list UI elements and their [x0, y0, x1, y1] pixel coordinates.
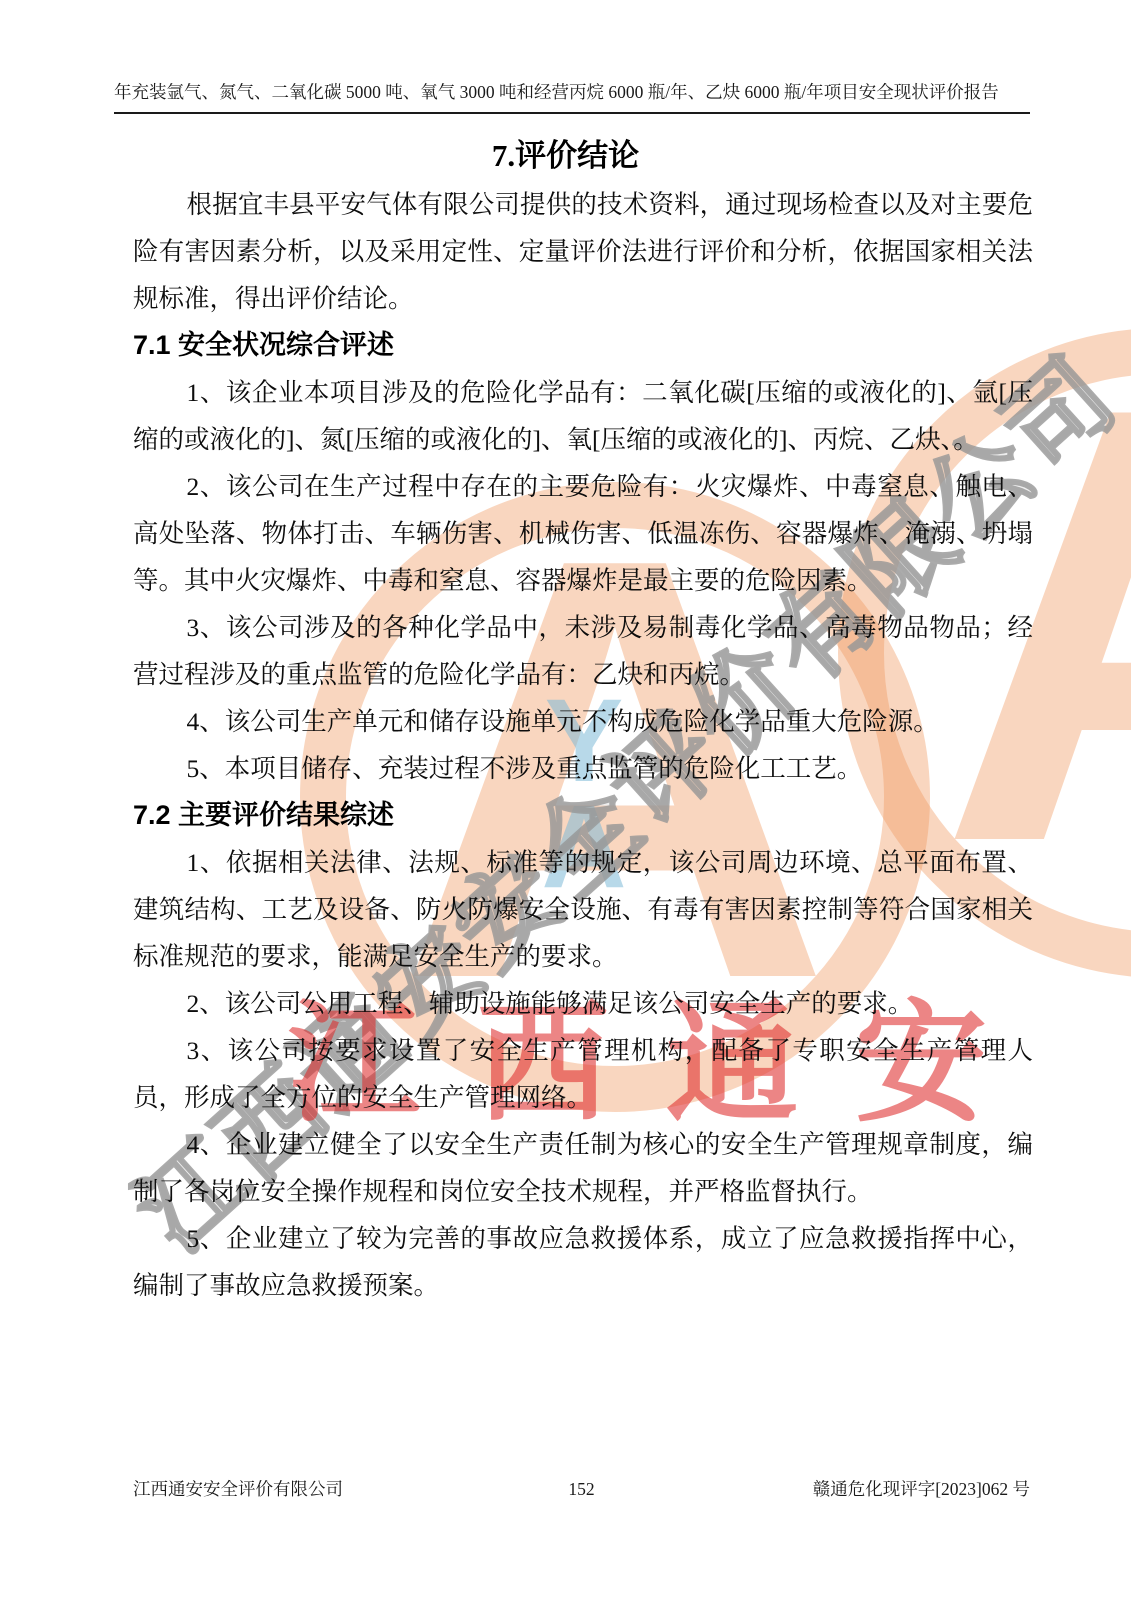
- section-7-1-item: 3、该公司涉及的各种化学品中，未涉及易制毒化学品、高毒物品物品；经营过程涉及的重…: [133, 604, 1033, 698]
- page-header: 年充装氩气、氮气、二氧化碳 5000 吨、氧气 3000 吨和经营丙烷 6000…: [114, 80, 1030, 114]
- footer-doc-number: 赣通危化现评字[2023]062 号: [731, 1476, 1030, 1501]
- section-7-1-item: 4、该公司生产单元和储存设施单元不构成危险化学品重大危险源。: [133, 698, 1033, 745]
- section-7-1-item: 2、该公司在生产过程中存在的主要危险有：火灾爆炸、中毒窒息、触电、高处坠落、物体…: [133, 463, 1033, 604]
- section-7-2-item: 1、依据相关法律、法规、标准等的规定，该公司周边环境、总平面布置、建筑结构、工艺…: [133, 839, 1033, 980]
- section-7-1-item: 5、本项目储存、充装过程不涉及重点监管的危险化工工艺。: [133, 745, 1033, 792]
- page-footer: 江西通安安全评价有限公司 152 赣通危化现评字[2023]062 号: [133, 1476, 1030, 1501]
- section-7-2-item: 2、该公司公用工程、辅助设施能够满足该公司安全生产的要求。: [133, 980, 1033, 1027]
- document-content: 年充装氩气、氮气、二氧化碳 5000 吨、氧气 3000 吨和经营丙烷 6000…: [0, 0, 1131, 1600]
- report-page: A A YA 江西通安安全评价有限公司 江西通安 年充装氩气、氮气、二氧化碳 5…: [0, 0, 1131, 1600]
- section-7-2-item: 4、企业建立健全了以安全生产责任制为核心的安全生产管理规章制度，编制了各岗位安全…: [133, 1121, 1033, 1215]
- intro-paragraph: 根据宜丰县平安气体有限公司提供的技术资料，通过现场检查以及对主要危险有害因素分析…: [133, 181, 1033, 322]
- section-7-1-heading: 7.1 安全状况综合评述: [133, 322, 1033, 369]
- section-7-1-item: 1、该企业本项目涉及的危险化学品有：二氧化碳[压缩的或液化的]、氩[压缩的或液化…: [133, 369, 1033, 463]
- chapter-title: 7.评价结论: [0, 130, 1131, 175]
- body-text: 根据宜丰县平安气体有限公司提供的技术资料，通过现场检查以及对主要危险有害因素分析…: [133, 181, 1033, 1309]
- section-7-2-heading: 7.2 主要评价结果综述: [133, 792, 1033, 839]
- footer-page-number: 152: [432, 1479, 731, 1500]
- section-7-2-item: 5、企业建立了较为完善的事故应急救援体系，成立了应急救援指挥中心，编制了事故应急…: [133, 1215, 1033, 1309]
- footer-company-name: 江西通安安全评价有限公司: [133, 1476, 432, 1501]
- section-7-2-item: 3、该公司按要求设置了安全生产管理机构，配备了专职安全生产管理人员，形成了全方位…: [133, 1027, 1033, 1121]
